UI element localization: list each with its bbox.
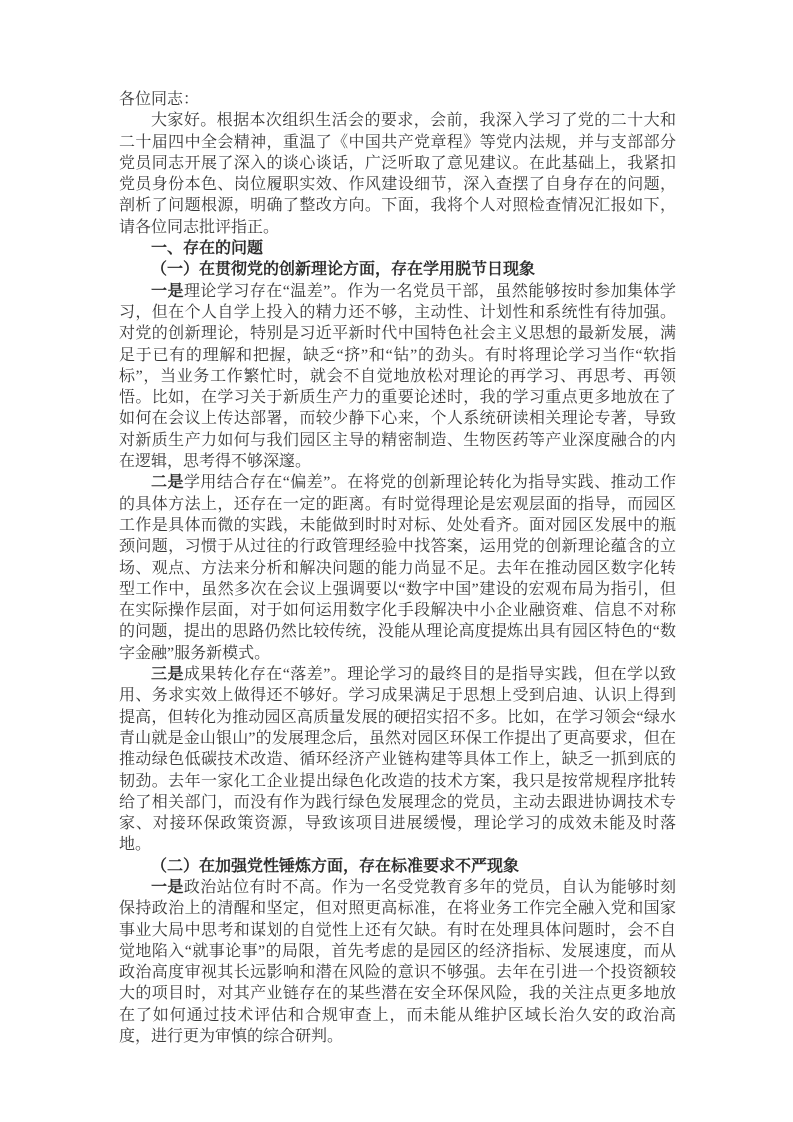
point-text: 政治站位有时不高。作为一名受党教育多年的党员，自认为能够时刻保持政治上的清醒和坚…	[119, 879, 676, 1045]
point-text: 学用结合存在“偏差”。在将党的创新理论转化为指导实践、推动工作的具体方法上，还存…	[119, 474, 676, 661]
section-heading-problems: 一、存在的问题	[119, 238, 676, 259]
paragraph-party-spirit-point-1: 一是政治站位有时不高。作为一名受党教育多年的党员，自认为能够时刻保持政治上的清醒…	[119, 877, 676, 1047]
subsection-heading-party-spirit: （二）在加强党性锤炼方面，存在标准要求不严现象	[119, 856, 676, 877]
subsection-heading-innovation-theory: （一）在贯彻党的创新理论方面，存在学用脱节日现象	[119, 259, 676, 280]
point-text: 成果转化存在“落差”。理论学习的最终目的是指导实践，但在学以致用、务求实效上做得…	[119, 666, 676, 853]
salutation: 各位同志：	[119, 89, 676, 110]
point-lead: 一是	[151, 879, 184, 896]
paragraph-theory-point-1: 一是理论学习存在“温差”。作为一名党员干部，虽然能够按时参加集体学习，但在个人自…	[119, 281, 676, 473]
document-page: 各位同志： 大家好。根据本次组织生活会的要求，会前，我深入学习了党的二十大和二十…	[119, 89, 676, 1047]
paragraph-theory-point-3: 三是成果转化存在“落差”。理论学习的最终目的是指导实践，但在学以致用、务求实效上…	[119, 664, 676, 856]
point-text: 理论学习存在“温差”。作为一名党员干部，虽然能够按时参加集体学习，但在个人自学上…	[119, 283, 676, 470]
point-lead: 三是	[151, 666, 184, 683]
point-lead: 一是	[151, 283, 184, 300]
point-lead: 二是	[151, 474, 184, 491]
paragraph-theory-point-2: 二是学用结合存在“偏差”。在将党的创新理论转化为指导实践、推动工作的具体方法上，…	[119, 472, 676, 664]
intro-paragraph: 大家好。根据本次组织生活会的要求，会前，我深入学习了党的二十大和二十届四中全会精…	[119, 110, 676, 238]
